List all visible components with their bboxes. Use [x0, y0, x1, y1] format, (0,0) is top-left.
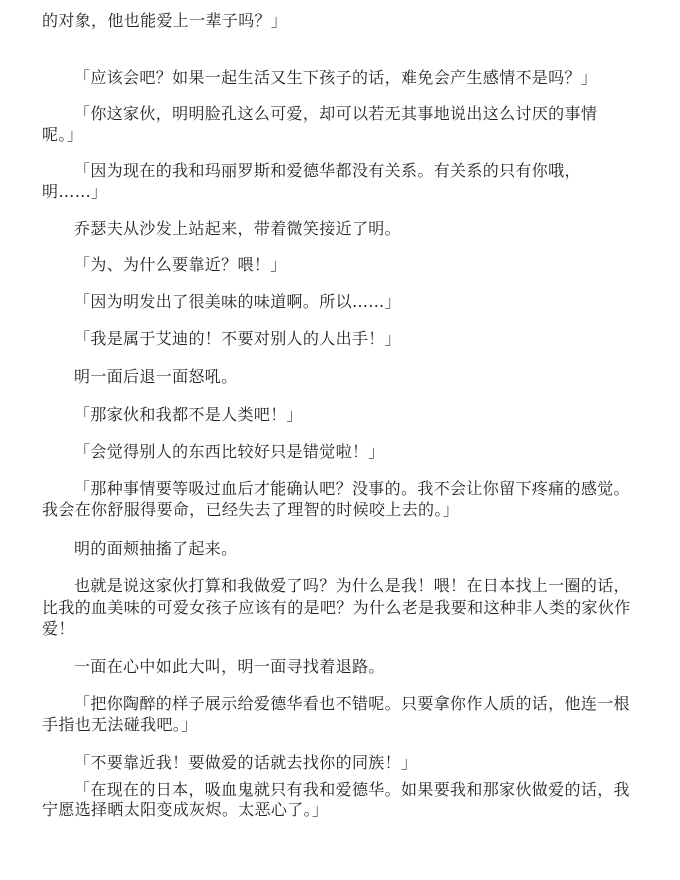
text-line: 的对象，他也能爱上一辈子吗？」 [42, 12, 287, 30]
text-line: 「那家伙和我都不是人类吧！」 [74, 406, 303, 424]
text-line: 「不要靠近我！要做爱的话就去找你的同族！」 [74, 754, 417, 772]
text-line: 明的面颊抽搐了起来。 [74, 540, 238, 558]
text-line: 「为、为什么要靠近？喂！」 [74, 256, 287, 274]
text-line: 「应该会吧？如果一起生活又生下孩子的话，难免会产生感情不是吗？」 [74, 69, 597, 87]
text-line: 「那种事情要等吸过血后才能确认吧？没事的。我不会让你留下疼痛的感觉。 [74, 480, 630, 498]
text-line: 比我的血美味的可爱女孩子应该有的是吧？为什么老是我要和这种非人类的家伙作 [42, 599, 631, 617]
text-line: 乔瑟夫从沙发上站起来，带着微笑接近了明。 [74, 220, 401, 238]
text-line: 「会觉得别人的东西比较好只是错觉啦！」 [74, 443, 385, 461]
text-line: 「因为明发出了很美味的味道啊。所以……」 [74, 293, 401, 311]
text-line: 明……」 [42, 183, 107, 201]
text-line: 宁愿选择晒太阳变成灰烬。太恶心了。」 [42, 801, 328, 819]
text-line: 「把你陶醉的样子展示给爱德华看也不错呢。只要拿你作人质的话，他连一根 [74, 695, 630, 713]
text-line: 也就是说这家伙打算和我做爱了吗？为什么是我！喂！在日本找上一圈的话， [74, 577, 630, 595]
document-page: 的对象，他也能爱上一辈子吗？」「应该会吧？如果一起生活又生下孩子的话，难免会产生… [0, 0, 680, 880]
text-line: 爱！ [42, 620, 75, 638]
text-line: 「因为现在的我和玛丽罗斯和爱德华都没有关系。有关系的只有你哦， [74, 162, 581, 180]
text-line: 呢。」 [42, 126, 83, 144]
text-line: 「在现在的日本，吸血鬼就只有我和爱德华。如果要我和那家伙做爱的话，我 [74, 781, 630, 799]
text-line: 明一面后退一面怒吼。 [74, 368, 238, 386]
text-line: 我会在你舒服得要命，已经失去了理智的时候咬上去的。」 [42, 501, 459, 519]
text-line: 一面在心中如此大叫，明一面寻找着退路。 [74, 658, 385, 676]
text-line: 手指也无法碰我吧。」 [42, 716, 198, 734]
text-line: 「我是属于艾迪的！不要对别人的人出手！」 [74, 330, 401, 348]
text-line: 「你这家伙，明明脸孔这么可爱，却可以若无其事地说出这么讨厌的事情 [74, 105, 597, 123]
